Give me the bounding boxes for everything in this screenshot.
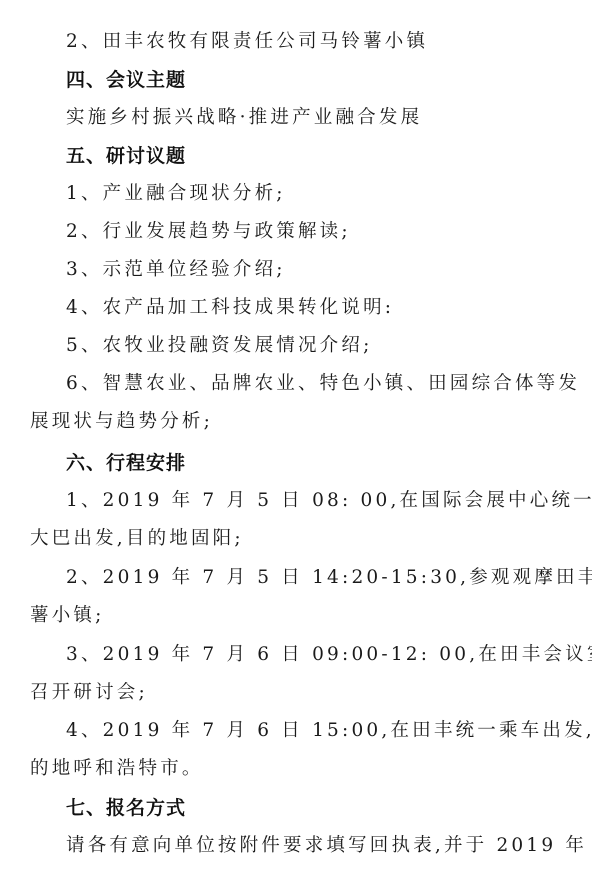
section-heading-registration: 七、报名方式: [66, 796, 186, 820]
topic-item-3: 3、示范单位经验介绍;: [66, 258, 286, 282]
section-heading-meeting-theme: 四、会议主题: [66, 68, 186, 92]
itinerary-item-3-continued: 召开研讨会;: [30, 681, 148, 705]
section-heading-discussion-topics: 五、研讨议题: [66, 144, 186, 168]
itinerary-item-1: 1、2019 年 7 月 5 日 08: 00,在国际会展中心统一乘坐: [66, 489, 592, 513]
topic-item-6: 6、智慧农业、品牌农业、特色小镇、田园综合体等发: [66, 372, 580, 396]
topic-item-6-continued: 展现状与趋势分析;: [30, 410, 213, 434]
topic-item-4: 4、农产品加工科技成果转化说明:: [66, 296, 394, 320]
meeting-theme-text: 实施乡村振兴战略·推进产业融合发展: [66, 106, 422, 130]
document-page: 2、田丰农牧有限责任公司马铃薯小镇 四、会议主题 实施乡村振兴战略·推进产业融合…: [0, 0, 592, 883]
itinerary-item-1-continued: 大巴出发,目的地固阳;: [30, 527, 244, 551]
itinerary-item-4: 4、2019 年 7 月 6 日 15:00,在田丰统一乘车出发,目: [66, 719, 592, 743]
topic-item-1: 1、产业融合现状分析;: [66, 182, 286, 206]
topic-item-5: 5、农牧业投融资发展情况介绍;: [66, 334, 373, 358]
venue-item-2: 2、田丰农牧有限责任公司马铃薯小镇: [66, 30, 428, 54]
itinerary-item-3: 3、2019 年 7 月 6 日 09:00-12: 00,在田丰会议室组织: [66, 643, 592, 667]
itinerary-item-2-continued: 薯小镇;: [30, 604, 105, 628]
itinerary-item-2: 2、2019 年 7 月 5 日 14:20-15:30,参观观摩田丰马铃: [66, 566, 592, 590]
section-heading-itinerary: 六、行程安排: [66, 451, 186, 475]
itinerary-item-4-continued: 的地呼和浩特市。: [30, 757, 204, 781]
topic-item-2: 2、行业发展趋势与政策解读;: [66, 220, 351, 244]
registration-text: 请各有意向单位按附件要求填写回执表,并于 2019 年 7: [66, 834, 592, 858]
